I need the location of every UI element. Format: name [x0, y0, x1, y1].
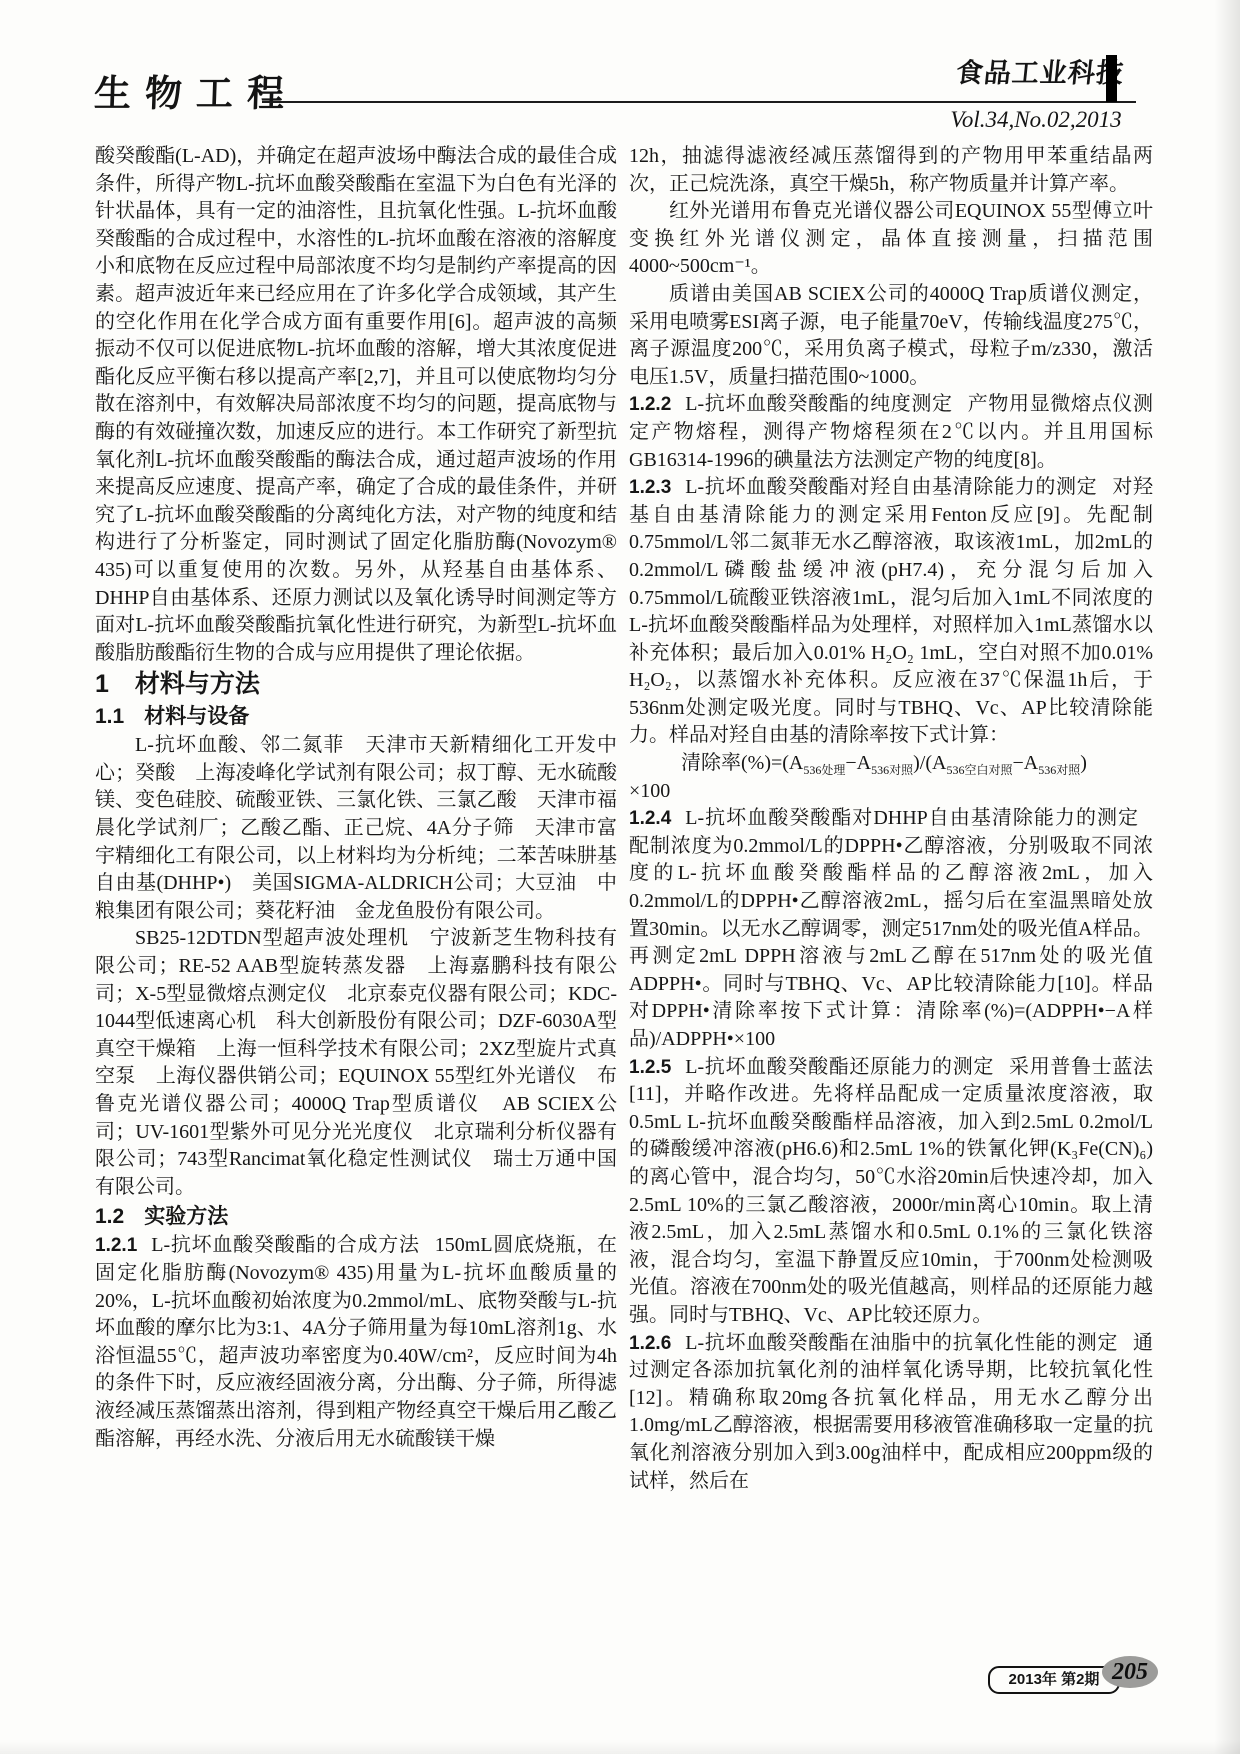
- right-column: 12h，抽滤得滤液经减压蒸馏得到的产物用甲苯重结晶两次，正己烷洗涤，真空干燥5h…: [629, 143, 1153, 1655]
- section-heading-1-1: 1.1材料与设备: [95, 701, 617, 732]
- section-title: 材料与设备: [144, 705, 249, 728]
- method-title: L-抗坏血酸癸酸酯的合成方法: [151, 1234, 420, 1256]
- method-body: 配制浓度为0.2mmol/L的DPPH•乙醇溶液，分别吸取不同浓度的L-抗坏血酸…: [629, 835, 1153, 1050]
- method-body: 150mL圆底烧瓶，在固定化脂肪酶(Novozym® 435)用量为L-抗坏血酸…: [95, 1234, 617, 1449]
- method-number: 1.2.4: [629, 808, 671, 829]
- formula-subscript: 536空白对照: [946, 763, 1012, 777]
- method-paragraph-1-2-4: 1.2.4L-抗坏血酸癸酸酯对DHHP自由基清除能力的测定配制浓度为0.2mmo…: [629, 805, 1153, 1053]
- formula-part: 清除率(%)=(A: [681, 752, 803, 774]
- section-title: 材料与方法: [135, 670, 260, 698]
- method-paragraph-1-2-1: 1.2.1L-抗坏血酸癸酸酯的合成方法150mL圆底烧瓶，在固定化脂肪酶(Nov…: [95, 1232, 617, 1453]
- formula-part: −A: [1012, 752, 1038, 774]
- journal-logo: 食品工业科技: [955, 60, 1126, 87]
- method-paragraph-1-2-2: 1.2.2L-抗坏血酸癸酸酯的纯度测定产物用显微熔点仪测定产物熔程，测得产物熔程…: [629, 391, 1153, 474]
- section-number: 1.1: [95, 705, 124, 728]
- method-number: 1.2.2: [629, 394, 671, 415]
- clearance-rate-formula: 清除率(%)=(A536处理−A536对照)/(A536空白对照−A536对照): [629, 750, 1153, 778]
- section-number: 1.2: [95, 1205, 124, 1228]
- intro-paragraph: 酸癸酸酯(L-AD)，并确定在超声波场中酶法合成的最佳合成条件，所得产物L-抗坏…: [95, 143, 617, 667]
- formula-continuation: ×100: [629, 778, 1153, 806]
- method-number: 1.2.5: [629, 1057, 671, 1078]
- method-number: 1.2.6: [629, 1333, 671, 1354]
- method-body: 采用普鲁士蓝法[11]，并略作改进。先将样品配成一定质量浓度溶液，取0.5mL …: [629, 1056, 1153, 1326]
- page-number-badge: 205: [1102, 1656, 1158, 1688]
- method-title: L-抗坏血酸癸酸酯还原能力的测定: [685, 1056, 994, 1078]
- materials-paragraph-2: SB25-12DTDN型超声波处理机 宁波新芝生物科技有限公司；RE-52 AA…: [95, 925, 617, 1201]
- section-number: 1: [95, 670, 109, 698]
- method-title: L-抗坏血酸癸酸酯对DHHP自由基清除能力的测定: [685, 807, 1138, 829]
- left-column: 酸癸酸酯(L-AD)，并确定在超声波场中酶法合成的最佳合成条件，所得产物L-抗坏…: [95, 143, 617, 1655]
- formula-subscript: 536处理: [803, 763, 845, 777]
- scan-edge-shadow-bottom: [0, 1740, 1240, 1754]
- formula-subscript: 536对照: [1038, 763, 1080, 777]
- scanned-paper-page: 生物工程 食品工业科技 Vol.34,No.02,2013 酸癸酸酯(L-AD)…: [0, 0, 1240, 1754]
- volume-issue-line: Vol.34,No.02,2013: [893, 107, 1179, 132]
- ms-spectrum-paragraph: 质谱由美国AB SCIEX公司的4000Q Trap质谱仪测定，采用电喷雾ESI…: [629, 281, 1153, 391]
- formula-part: )/(A: [913, 752, 946, 774]
- method-title: L-抗坏血酸癸酸酯在油脂中的抗氧化性能的测定: [685, 1332, 1118, 1354]
- materials-paragraph-1: L-抗坏血酸、邻二氮菲 天津市天新精细化工开发中心；癸酸 上海凌峰化学试剂有限公…: [95, 732, 617, 925]
- method-paragraph-1-2-6: 1.2.6L-抗坏血酸癸酸酯在油脂中的抗氧化性能的测定通过测定各添加抗氧化剂的油…: [629, 1330, 1153, 1496]
- ir-spectrum-paragraph: 红外光谱用布鲁克光谱仪器公司EQUINOX 55型傅立叶变换红外光谱仪测定，晶体…: [629, 198, 1153, 281]
- journal-logo-bar: [1106, 55, 1117, 102]
- footer-issue-box: 2013年 第2期: [988, 1666, 1120, 1694]
- continuation-paragraph: 12h，抽滤得滤液经减压蒸馏得到的产物用甲苯重结晶两次，正己烷洗涤，真空干燥5h…: [629, 143, 1153, 198]
- section-title: 实验方法: [144, 1205, 228, 1228]
- method-title: L-抗坏血酸癸酸酯的纯度测定: [685, 393, 952, 415]
- section-heading-1: 1材料与方法: [95, 667, 617, 701]
- method-number: 1.2.3: [629, 477, 671, 498]
- scan-edge-shadow-right: [1214, 0, 1240, 1754]
- method-paragraph-1-2-3: 1.2.3L-抗坏血酸癸酸酯对羟自由基清除能力的测定对羟基自由基清除能力的测定采…: [629, 474, 1153, 750]
- method-title: L-抗坏血酸癸酸酯对羟自由基清除能力的测定: [685, 476, 1097, 498]
- journal-section-name: 生物工程: [93, 76, 298, 113]
- method-body: 通过测定各添加抗氧化剂的油样氧化诱导期，比较抗氧化性[12]。精确称取20mg各…: [629, 1332, 1153, 1492]
- formula-part: ): [1080, 752, 1087, 774]
- header-rule: [262, 101, 1136, 103]
- section-heading-1-2: 1.2实验方法: [95, 1201, 617, 1232]
- method-body: 对羟基自由基清除能力的测定采用Fenton反应[9]。先配制0.75mmol/L…: [629, 476, 1153, 746]
- formula-part: −A: [845, 752, 871, 774]
- formula-subscript: 536对照: [871, 763, 913, 777]
- method-paragraph-1-2-5: 1.2.5L-抗坏血酸癸酸酯还原能力的测定采用普鲁士蓝法[11]，并略作改进。先…: [629, 1054, 1153, 1330]
- method-number: 1.2.1: [95, 1235, 137, 1256]
